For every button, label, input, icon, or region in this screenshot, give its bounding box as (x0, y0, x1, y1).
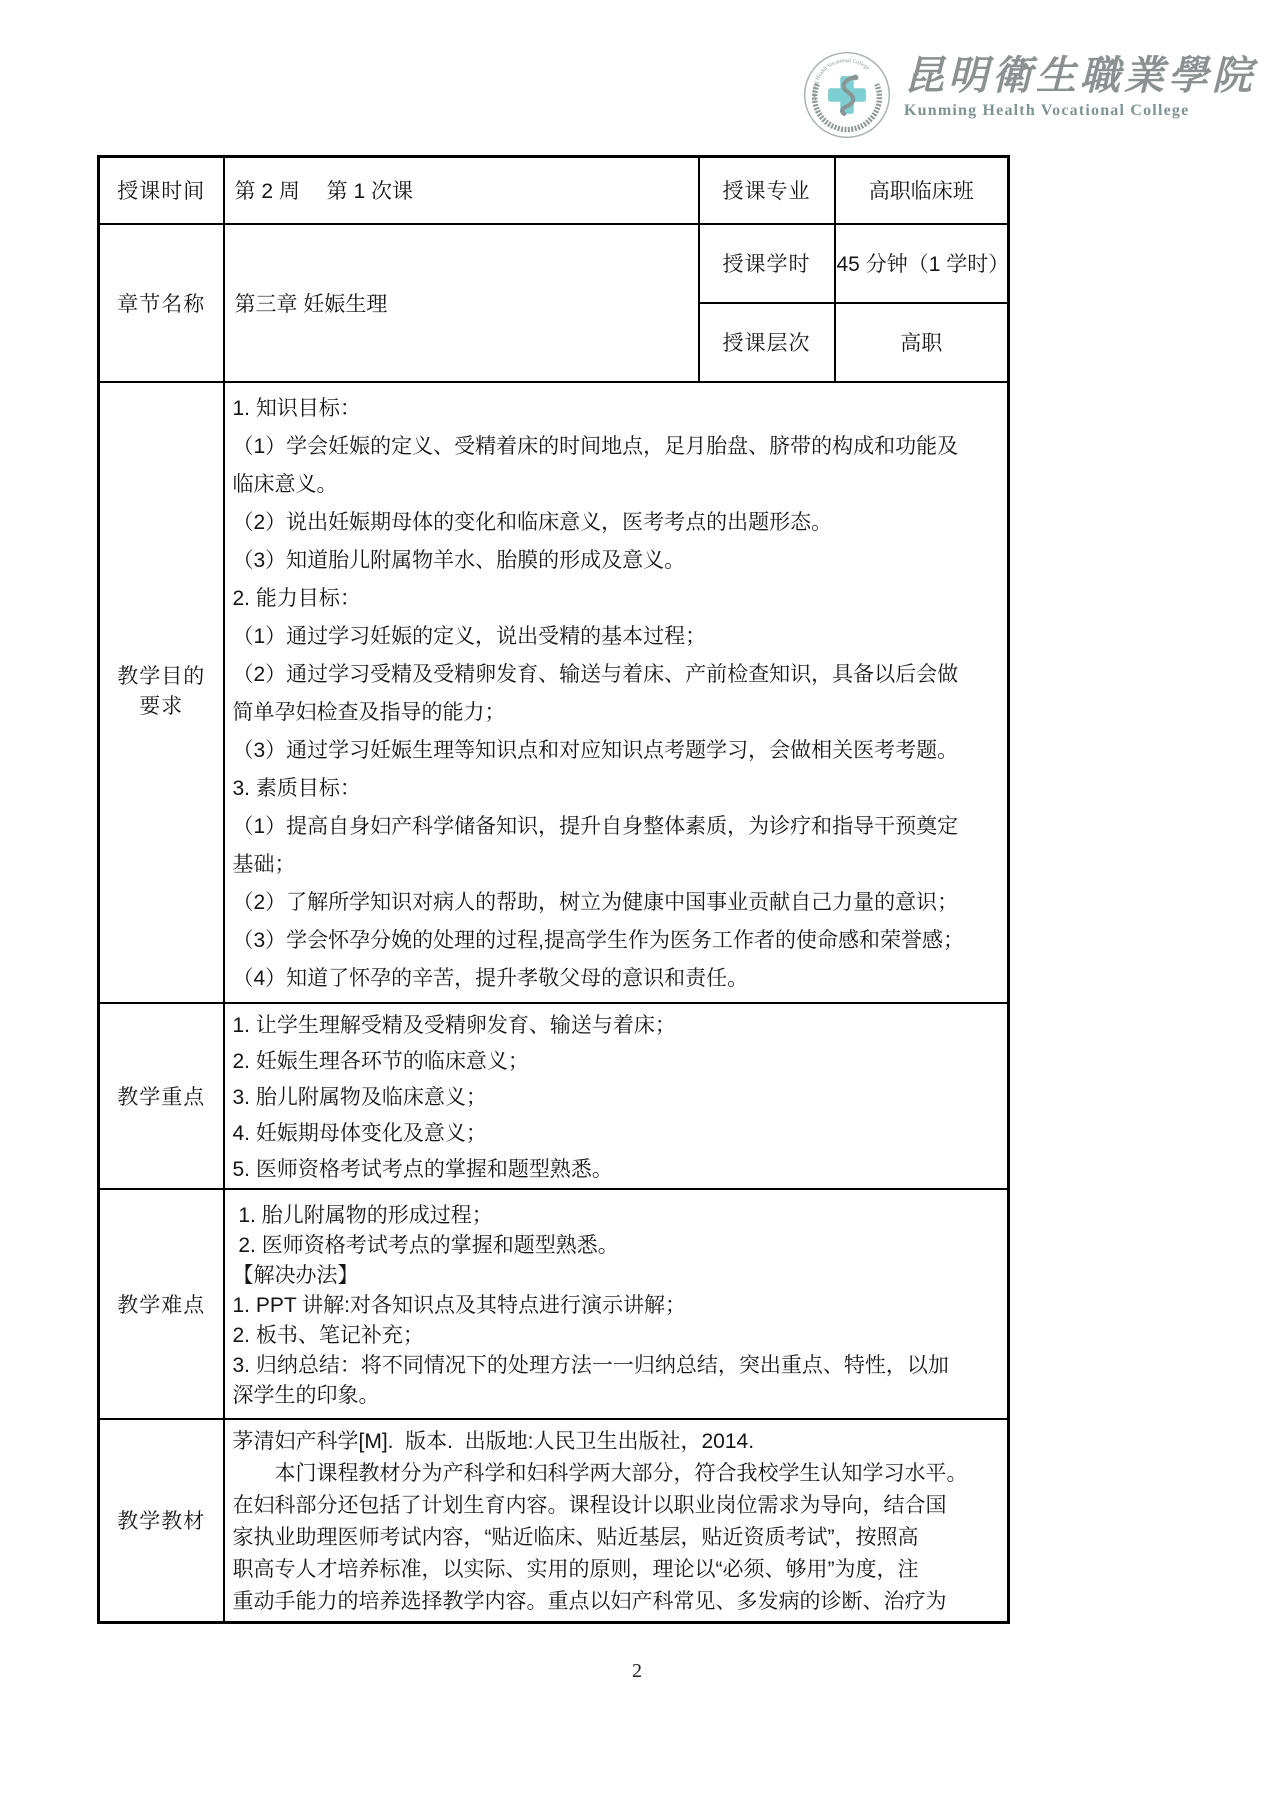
textbook-line: 茅清妇产科学[M]. 版本. 出版地:人民卫生出版社，2014. (233, 1426, 1002, 1458)
difficult-point-line: 【解决办法】 (233, 1261, 1002, 1291)
difficult-point-line: 1. PPT 讲解:对各知识点及其特点进行演示讲解； (233, 1291, 1002, 1321)
difficult-point-line: 2. 板书、笔记补充； (233, 1321, 1002, 1351)
lesson-plan-table: 授课时间 第 2 周 第 1 次课 授课专业 高职临床班 章节名称 第三章 妊娠… (97, 155, 1010, 1624)
table-row: 教学目的 要求 1. 知识目标： （1）学会妊娠的定义、受精着床的时间地点，足月… (99, 382, 1009, 1003)
value-class-level: 高职 (835, 303, 1009, 382)
label-class-time: 授课时间 (99, 157, 224, 224)
difficult-point-line: 深学生的印象。 (233, 1381, 1002, 1411)
table-row: 教学重点 1. 让学生理解受精及受精卵发育、输送与着床； 2. 妊娠生理各环节的… (99, 1003, 1009, 1189)
label-class-level: 授课层次 (699, 303, 835, 382)
objective-line: （3）学会怀孕分娩的处理的过程,提高学生作为医务工作者的使命感和荣誉感； (233, 922, 1002, 960)
value-chapter-name: 第三章 妊娠生理 (224, 224, 699, 382)
value-class-time: 第 2 周 第 1 次课 (235, 180, 414, 203)
key-point-line: 5. 医师资格考试考点的掌握和题型熟悉。 (233, 1152, 1002, 1188)
college-name-en: Kunming Health Vocational College (904, 102, 1256, 120)
textbook-line: 重动手能力的培养选择教学内容。重点以妇产科常见、多发病的诊断、治疗为 (233, 1586, 1002, 1618)
teaching-objectives-content: 1. 知识目标： （1）学会妊娠的定义、受精着床的时间地点，足月胎盘、脐带的构成… (224, 382, 1009, 1003)
key-point-line: 4. 妊娠期母体变化及意义； (233, 1116, 1002, 1152)
objective-line: （2）说出妊娠期母体的变化和临床意义，医考考点的出题形态。 (233, 504, 1002, 542)
table-row: 教学教材 茅清妇产科学[M]. 版本. 出版地:人民卫生出版社，2014. 本门… (99, 1419, 1009, 1623)
objective-line: （2）通过学习受精及受精卵发育、输送与着床、产前检查知识，具备以后会做 (233, 656, 1002, 694)
label-key-points: 教学重点 (99, 1003, 224, 1189)
label-difficult-points: 教学难点 (99, 1189, 224, 1419)
page-number: 2 (0, 1660, 1274, 1683)
difficult-points-content: 1. 胎儿附属物的形成过程； 2. 医师资格考试考点的掌握和题型熟悉。 【解决办… (224, 1189, 1009, 1419)
key-points-content: 1. 让学生理解受精及受精卵发育、输送与着床； 2. 妊娠生理各环节的临床意义；… (224, 1003, 1009, 1189)
objective-line: 临床意义。 (233, 466, 1002, 504)
header-logo-block: Kunming Health Vocational College 昆明衛生職業… (802, 50, 1256, 140)
key-point-line: 1. 让学生理解受精及受精卵发育、输送与着床； (233, 1008, 1002, 1044)
objective-line: （2）了解所学知识对病人的帮助，树立为健康中国事业贡献自己力量的意识； (233, 884, 1002, 922)
label-textbook: 教学教材 (99, 1419, 224, 1623)
textbook-line: 在妇科部分还包括了计划生育内容。课程设计以职业岗位需求为导向，结合国 (233, 1490, 1002, 1522)
objective-line: （3）知道胎儿附属物羊水、胎膜的形成及意义。 (233, 542, 1002, 580)
objective-line: （3）通过学习妊娠生理等知识点和对应知识点考题学习，会做相关医考考题。 (233, 732, 1002, 770)
objective-line: （1）提高自身妇产科学储备知识，提升自身整体素质，为诊疗和指导干预奠定 (233, 808, 1002, 846)
objective-line: 3. 素质目标： (233, 770, 1002, 808)
label-chapter-name: 章节名称 (99, 224, 224, 382)
college-logo-icon: Kunming Health Vocational College (802, 50, 892, 140)
value-class-hours: 45 分钟（1 学时） (835, 224, 1009, 303)
objective-line: （1）学会妊娠的定义、受精着床的时间地点，足月胎盘、脐带的构成和功能及 (233, 428, 1002, 466)
table-row: 章节名称 第三章 妊娠生理 授课学时 45 分钟（1 学时） (99, 224, 1009, 303)
value-major: 高职临床班 (835, 157, 1009, 224)
snake-head-icon (853, 75, 859, 81)
college-name-cn: 昆明衛生職業學院 (904, 54, 1256, 98)
objective-line: 基础； (233, 846, 1002, 884)
textbook-content: 茅清妇产科学[M]. 版本. 出版地:人民卫生出版社，2014. 本门课程教材分… (224, 1419, 1009, 1623)
table-row: 授课时间 第 2 周 第 1 次课 授课专业 高职临床班 (99, 157, 1009, 224)
objective-line: （4）知道了怀孕的辛苦，提升孝敬父母的意识和责任。 (233, 960, 1002, 998)
key-point-line: 2. 妊娠生理各环节的临床意义； (233, 1044, 1002, 1080)
label-teaching-objectives: 教学目的 要求 (99, 382, 224, 1003)
difficult-point-line: 3. 归纳总结：将不同情况下的处理方法一一归纳总结，突出重点、特性，以加 (233, 1351, 1002, 1381)
objective-line: 2. 能力目标： (233, 580, 1002, 618)
textbook-line: 职高专人才培养标准，以实际、实用的原则，理论以“必须、够用”为度，注 (233, 1554, 1002, 1586)
label-class-hours: 授课学时 (699, 224, 835, 303)
table-row: 教学难点 1. 胎儿附属物的形成过程； 2. 医师资格考试考点的掌握和题型熟悉。… (99, 1189, 1009, 1419)
objective-line: 1. 知识目标： (233, 390, 1002, 428)
difficult-point-line: 2. 医师资格考试考点的掌握和题型熟悉。 (233, 1231, 1002, 1261)
textbook-line: 家执业助理医师考试内容，“贴近临床、贴近基层，贴近资质考试”，按照高 (233, 1522, 1002, 1554)
label-major: 授课专业 (699, 157, 835, 224)
textbook-line: 本门课程教材分为产科学和妇科学两大部分，符合我校学生认知学习水平。 (233, 1458, 1002, 1490)
difficult-point-line: 1. 胎儿附属物的形成过程； (233, 1201, 1002, 1231)
key-point-line: 3. 胎儿附属物及临床意义； (233, 1080, 1002, 1116)
objective-line: （1）通过学习妊娠的定义，说出受精的基本过程； (233, 618, 1002, 656)
objective-line: 简单孕妇检查及指导的能力； (233, 694, 1002, 732)
